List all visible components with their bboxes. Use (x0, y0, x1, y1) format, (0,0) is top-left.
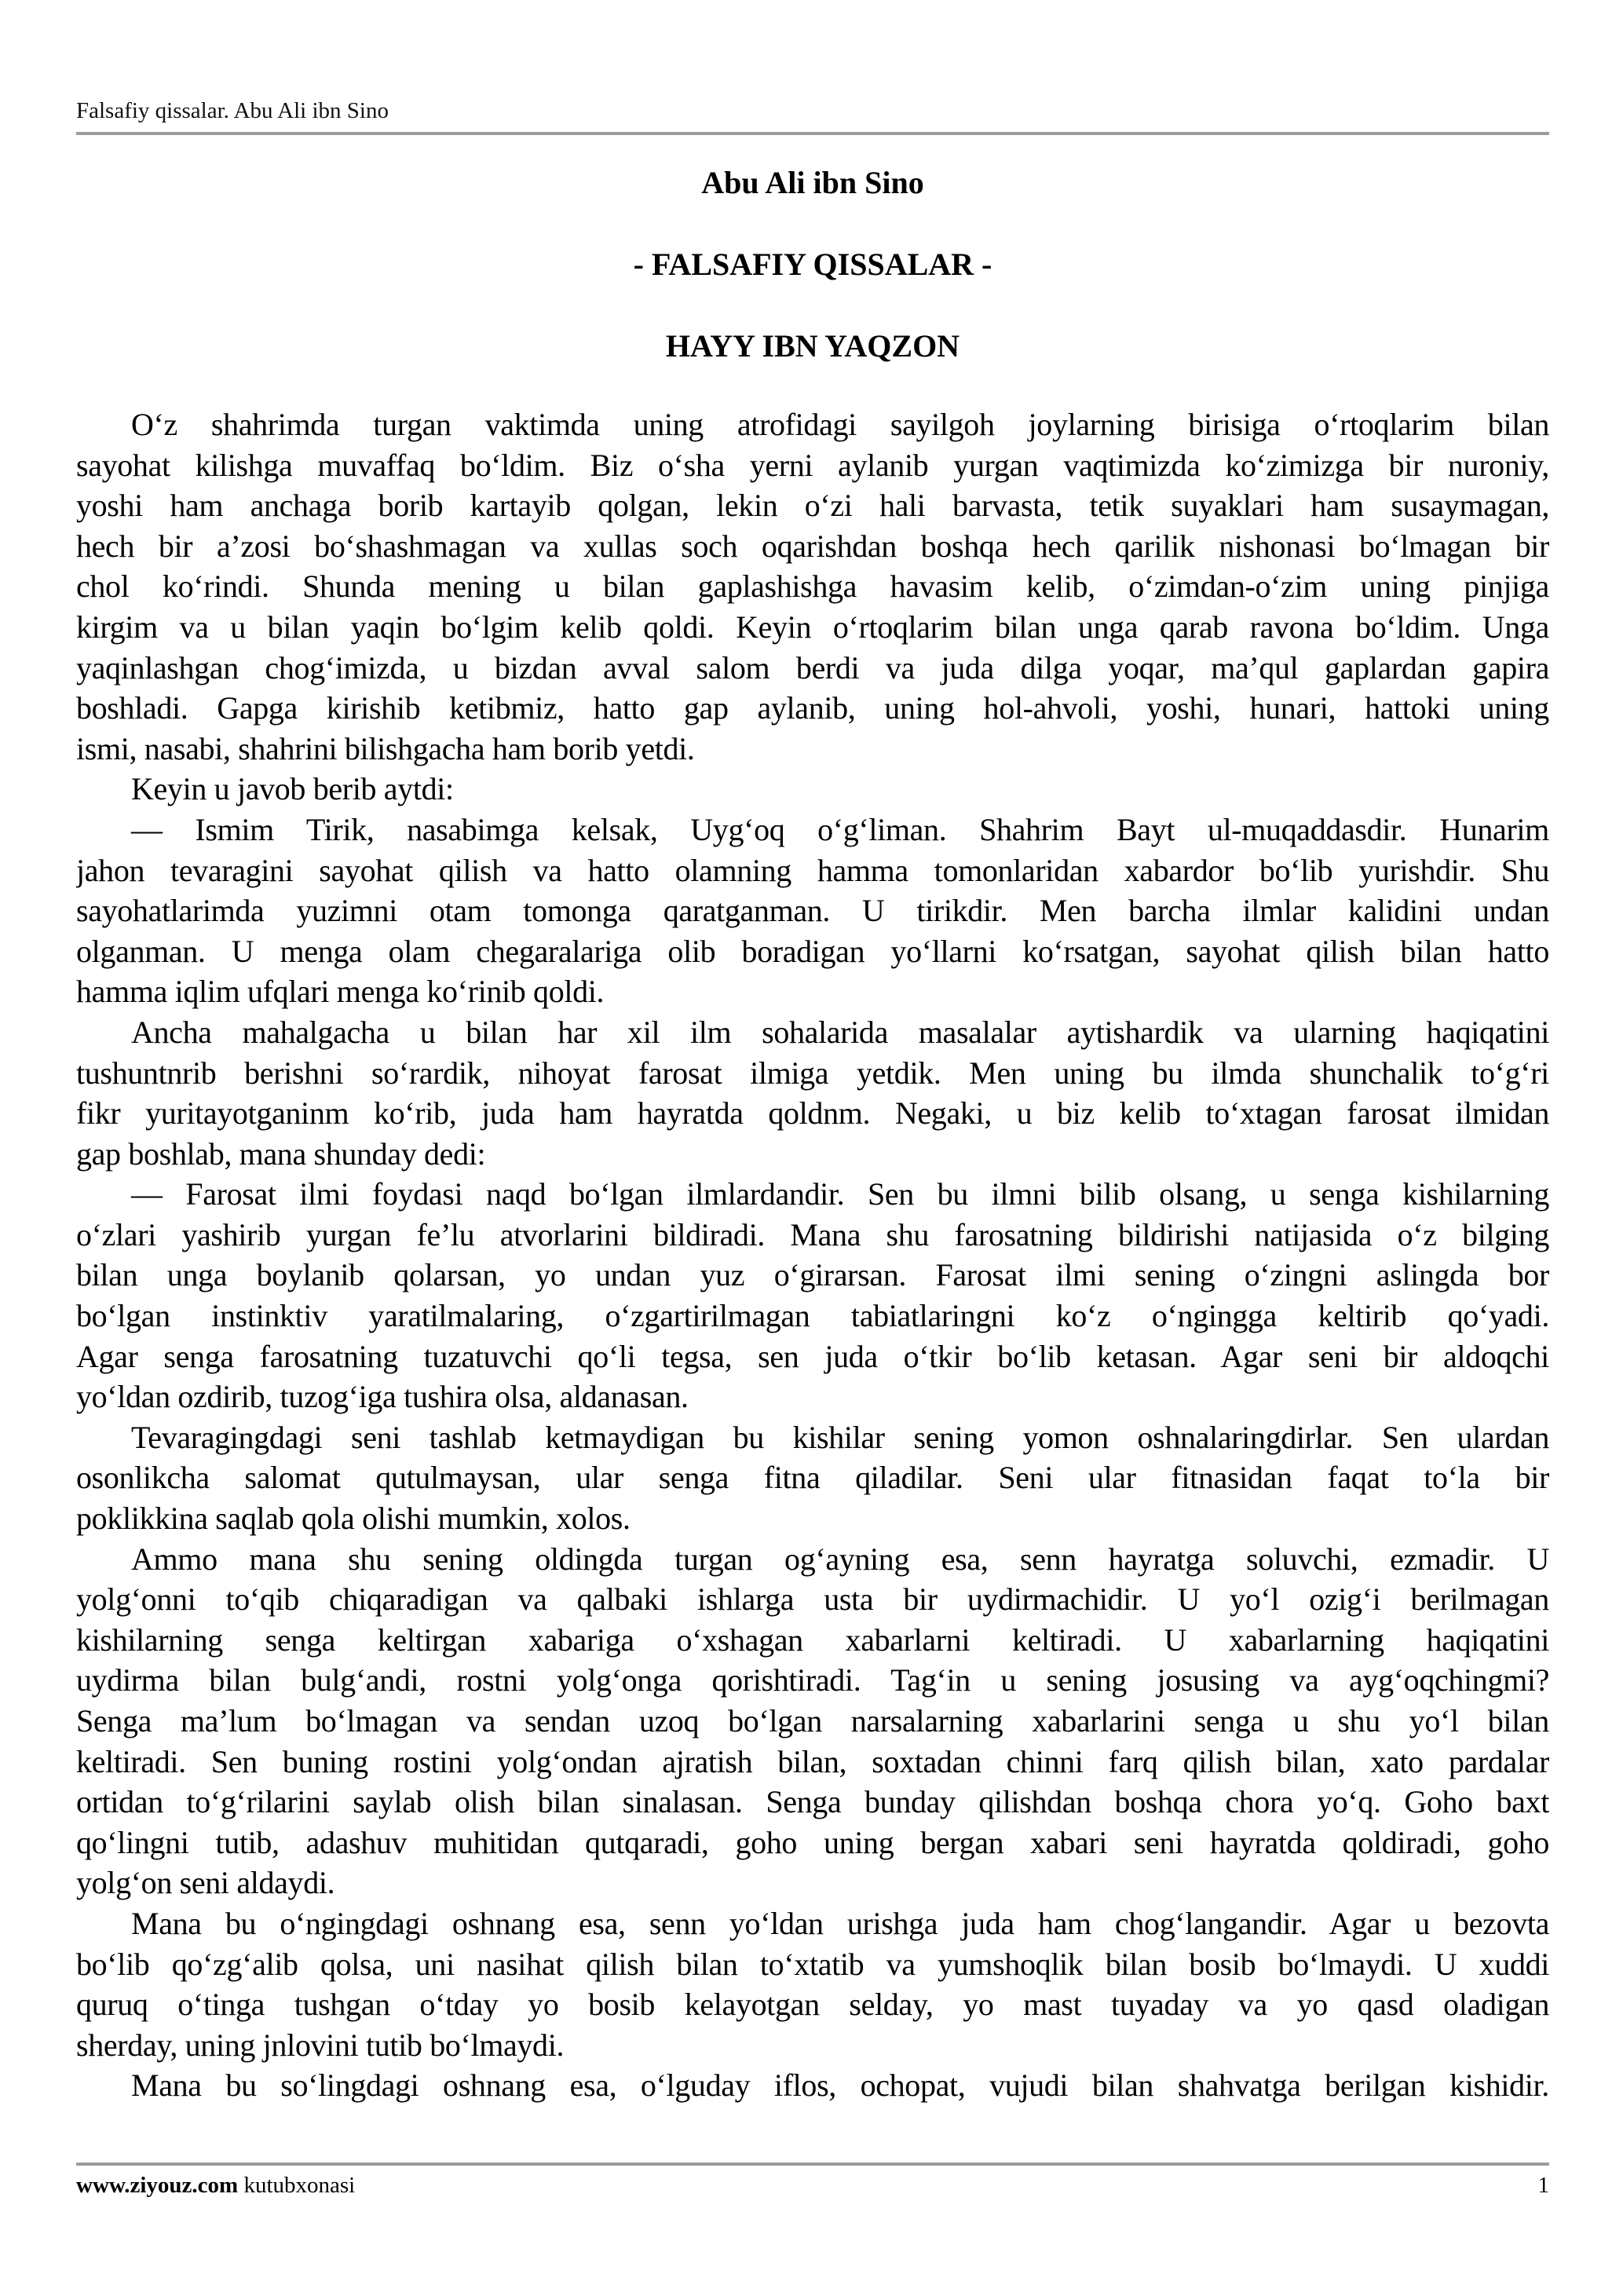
text-line: Ancha mahalgacha u bilan har xil ilm soh… (76, 1012, 1549, 1053)
paragraph: O‘z shahrimda turgan vaktimda uning atro… (76, 404, 1549, 769)
text-line: Mana bu o‘ngingdagi oshnang esa, senn yo… (76, 1903, 1549, 1944)
paragraph: Ancha mahalgacha u bilan har xil ilm soh… (76, 1012, 1549, 1174)
text-line: boshladi. Gapga kirishib ketibmiz, hatto… (76, 688, 1549, 729)
document-page: Falsafiy qissalar. Abu Ali ibn Sino Abu … (0, 0, 1623, 2296)
text-line: uydirma bilan bulg‘andi, rostni yolg‘ong… (76, 1660, 1549, 1701)
text-line: yaqinlashgan chog‘imizda, u bizdan avval… (76, 648, 1549, 689)
text-line: chol ko‘rindi. Shunda mening u bilan gap… (76, 566, 1549, 607)
footer-source: www.ziyouz.com kutubxonasi (76, 2172, 355, 2199)
footer-rule (76, 2163, 1549, 2166)
text-line: hech bir a’zosi bo‘shashmagan va xullas … (76, 526, 1549, 567)
text-line: quruq o‘tinga tushgan o‘tday yo bosib ke… (76, 1984, 1549, 2025)
paragraph: — Farosat ilmi foydasi naqd bo‘lgan ilml… (76, 1174, 1549, 1417)
paragraph: Keyin u javob berib aytdi: (76, 769, 1549, 810)
text-line: poklikkina saqlab qola olishi mumkin, xo… (76, 1498, 1549, 1539)
text-line: Keyin u javob berib aytdi: (76, 769, 1549, 810)
text-line: keltiradi. Sen buning rostini yolg‘ondan… (76, 1742, 1549, 1782)
text-line: yolg‘onni to‘qib chiqaradigan va qalbaki… (76, 1579, 1549, 1620)
text-line: bilan unga boylanib qolarsan, yo undan y… (76, 1255, 1549, 1296)
text-line: bo‘lib qo‘zg‘alib qolsa, uni nasihat qil… (76, 1944, 1549, 1985)
paragraph: Tevaragingdagi seni tashlab ketmaydigan … (76, 1417, 1549, 1539)
text-line: sayohatlarimda yuzimni otam tomonga qara… (76, 890, 1549, 931)
text-line: ortidan to‘g‘rilarini saylab olish bilan… (76, 1782, 1549, 1823)
text-line: Tevaragingdagi seni tashlab ketmaydigan … (76, 1417, 1549, 1458)
text-line: O‘z shahrimda turgan vaktimda uning atro… (76, 404, 1549, 445)
text-line: Senga ma’lum bo‘lmagan va sendan uzoq bo… (76, 1701, 1549, 1742)
text-line: ismi, nasabi, shahrini bilishgacha ham b… (76, 729, 1549, 770)
text-line: kishilarning senga keltirgan xabariga o‘… (76, 1620, 1549, 1661)
paragraph: Ammo mana shu sening oldingda turgan og‘… (76, 1539, 1549, 1903)
text-line: yo‘ldan ozdirib, tuzog‘iga tushira olsa,… (76, 1377, 1549, 1417)
page-number: 1 (1538, 2172, 1550, 2199)
text-line: sayohat kilishga muvaffaq bo‘ldim. Biz o… (76, 445, 1549, 486)
text-line: olganman. U menga olam chegaralariga oli… (76, 931, 1549, 972)
text-line: bo‘lgan instinktiv yaratilmalaring, o‘zg… (76, 1296, 1549, 1336)
footer-label: kutubxonasi (243, 2173, 355, 2198)
text-line: Ammo mana shu sening oldingda turgan og‘… (76, 1539, 1549, 1580)
text-line: fikr yuritayotganinm ko‘rib, juda ham ha… (76, 1093, 1549, 1134)
text-line: hamma iqlim ufqlari menga ko‘rinib qoldi… (76, 971, 1549, 1012)
text-line: Mana bu so‘lingdagi oshnang esa, o‘lguda… (76, 2065, 1549, 2106)
text-line: yoshi ham anchaga borib kartayib qolgan,… (76, 485, 1549, 526)
text-line: o‘zlari yashirib yurgan fe’lu atvorlarin… (76, 1215, 1549, 1256)
text-line: yolg‘on seni aldaydi. (76, 1863, 1549, 1903)
header-rule (76, 132, 1549, 135)
paragraph: Mana bu o‘ngingdagi oshnang esa, senn yo… (76, 1903, 1549, 2065)
text-line: — Farosat ilmi foydasi naqd bo‘lgan ilml… (76, 1174, 1549, 1215)
paragraph: — Ismim Tirik, nasabimga kelsak, Uyg‘oq … (76, 810, 1549, 1012)
collection-title: - FALSAFIY QISSALAR - (76, 247, 1549, 283)
text-line: kirgim va u bilan yaqin bo‘lgim kelib qo… (76, 607, 1549, 648)
footer-site-link[interactable]: www.ziyouz.com (76, 2173, 238, 2198)
text-line: osonlikcha salomat qutulmaysan, ular sen… (76, 1457, 1549, 1498)
text-line: sherday, uning jnlovini tutib bo‘lmaydi. (76, 2025, 1549, 2066)
text-line: qo‘lingni tutib, adashuv muhitidan qutqa… (76, 1823, 1549, 1863)
text-line: jahon tevaragini sayohat qilish va hatto… (76, 850, 1549, 891)
text-line: — Ismim Tirik, nasabimga kelsak, Uyg‘oq … (76, 810, 1549, 850)
text-line: tushuntnrib berishni so‘rardik, nihoyat … (76, 1053, 1549, 1094)
body-text: O‘z shahrimda turgan vaktimda uning atro… (76, 404, 1549, 2106)
author-title: Abu Ali ibn Sino (76, 165, 1549, 201)
text-line: gap boshlab, mana shunday dedi: (76, 1134, 1549, 1175)
text-line: Agar senga farosatning tuzatuvchi qo‘li … (76, 1336, 1549, 1377)
story-title: HAYY IBN YAQZON (76, 328, 1549, 364)
running-header: Falsafiy qissalar. Abu Ali ibn Sino (76, 97, 389, 124)
paragraph: Mana bu so‘lingdagi oshnang esa, o‘lguda… (76, 2065, 1549, 2106)
